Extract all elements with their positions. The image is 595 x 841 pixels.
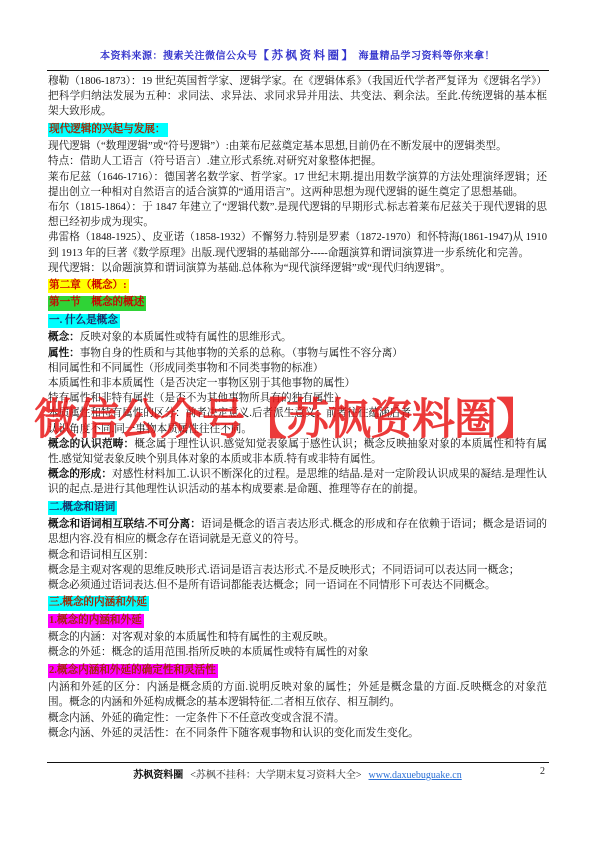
section-heading: 三.概念的内涵和外延 bbox=[48, 595, 547, 611]
document-page: 本资料来源：搜索关注微信公众号【苏枫资料圈】 海量精品学习资料等你来拿！ 穆勒（… bbox=[0, 0, 595, 841]
paragraph-text: 概念和语词相互区别： bbox=[48, 550, 154, 561]
paragraph-lead: 概念的形成： bbox=[48, 469, 112, 480]
text-paragraph: 概念的认识范畴：概念属于理性认识.感觉知觉表象属于感性认识；概念反映抽象对象的本… bbox=[48, 437, 547, 467]
paragraph-text: 认识角度不同.同一事物本质属性往往不同。 bbox=[48, 424, 252, 435]
text-paragraph: 概念内涵、外延的灵活性：在不同条件下随客观事物和认识的变化而发生变化。 bbox=[48, 726, 547, 741]
paragraph-text: 相同属性和不同属性（形成同类事物和不同类事物的标准） bbox=[48, 363, 323, 374]
section-heading: 2.概念内涵和外延的确定性和灵活性 bbox=[48, 663, 547, 679]
highlighted-heading-text: 第二章（概念）: bbox=[48, 279, 129, 294]
text-paragraph: 弗雷格（1848-1925）、皮亚诺（1858-1932）不懈努力.特别是罗素（… bbox=[48, 230, 547, 260]
text-paragraph: 相同属性和不同属性（形成同类事物和不同类事物的标准） bbox=[48, 361, 547, 376]
document-body: 穆勒（1806-1873）：19 世纪英国哲学家、逻辑学家。在《逻辑体系》（我国… bbox=[48, 74, 547, 741]
paragraph-text: 特点：借助人工语言（符号语言）.建立形式系统.对研究对象整体把握。 bbox=[48, 156, 382, 167]
paragraph-text: 弗雷格（1848-1925）、皮亚诺（1858-1932）不懈努力.特别是罗素（… bbox=[48, 232, 547, 258]
paragraph-text: 对感性材料加工.认识不断深化的过程。是思维的结晶.是对一定阶段认识成果的凝结.是… bbox=[48, 469, 547, 495]
highlighted-heading-text: 现代逻辑的兴起与发展： bbox=[48, 123, 168, 138]
text-paragraph: 特有属性和非特有属性（是否不为其他事物所具有的独有属性） bbox=[48, 391, 547, 406]
paragraph-text: 概念的外延：概念的适用范围.指所反映的本质属性或特有属性的对象 bbox=[48, 647, 368, 658]
section-heading: 1.概念的内涵和外延 bbox=[48, 613, 547, 629]
paragraph-text: 概念内涵、外延的确定性：一定条件下不任意改变或含混不清。 bbox=[48, 713, 345, 724]
header-divider bbox=[47, 70, 549, 71]
paragraph-lead: 概念的认识范畴： bbox=[48, 439, 134, 450]
paragraph-text: 事物自身的性质和与其他事物的关系的总称。（事物与属性不容分离） bbox=[80, 348, 403, 359]
text-paragraph: 现代逻辑（“数理逻辑”或“符号逻辑”）:由莱布尼兹奠定基本思想,目前仍在不断发展… bbox=[48, 139, 547, 154]
text-paragraph: 概念和语词相互区别： bbox=[48, 548, 547, 563]
paragraph-text: 现代逻辑（“数理逻辑”或“符号逻辑”）:由莱布尼兹奠定基本思想,目前仍在不断发展… bbox=[48, 141, 507, 152]
section-heading: 一. 什么是概念 bbox=[48, 313, 547, 329]
paragraph-text: 现代逻辑：以命题演算和谓词演算为基础.总体称为“现代演绎逻辑”或“现代归纳逻辑”… bbox=[48, 263, 451, 274]
highlighted-heading-text: 一. 什么是概念 bbox=[48, 314, 120, 329]
paragraph-text: 概念是主观对客观的思维反映形式.语词是语言表达形式.不是反映形式；不同语词可以表… bbox=[48, 565, 519, 576]
paragraph-lead: 概念： bbox=[48, 332, 80, 343]
text-paragraph: 内涵和外延的区分：内涵是概念质的方面.说明反映对象的属性；外延是概念量的方面.反… bbox=[48, 680, 547, 710]
section-heading: 现代逻辑的兴起与发展： bbox=[48, 122, 547, 138]
paragraph-text: 概念必须通过语词表达.但不是所有语词都能表达概念；同一语词在不同情形下可表达不同… bbox=[48, 580, 496, 591]
text-paragraph: 现代逻辑：以命题演算和谓词演算为基础.总体称为“现代演绎逻辑”或“现代归纳逻辑”… bbox=[48, 261, 547, 276]
header-brand: 【苏枫资料圈】 bbox=[258, 50, 356, 62]
paragraph-text: 概念的内涵：对客观对象的本质属性和特有属性的主观反映。 bbox=[48, 632, 334, 643]
header-suffix: 海量精品学习资料等你来拿！ bbox=[356, 51, 496, 62]
section-heading: 第一节 概念的概述 bbox=[48, 295, 547, 311]
text-paragraph: 概念内涵、外延的确定性：一定条件下不任意改变或含混不清。 bbox=[48, 711, 547, 726]
highlighted-heading-text: 1.概念的内涵和外延 bbox=[48, 614, 144, 629]
paragraph-text: 内涵和外延的区分：内涵是概念质的方面.说明反映对象的属性；外延是概念量的方面.反… bbox=[48, 682, 547, 708]
paragraph-text: 特有属性和非特有属性（是否不为其他事物所具有的独有属性） bbox=[48, 393, 345, 404]
paragraph-lead: 概念和语词相互联结.不可分离： bbox=[48, 519, 201, 530]
text-paragraph: 概念是主观对客观的思维反映形式.语词是语言表达形式.不是反映形式；不同语词可以表… bbox=[48, 563, 547, 578]
highlighted-heading-text: 第一节 概念的概述 bbox=[48, 296, 146, 311]
text-paragraph: 概念必须通过语词表达.但不是所有语词都能表达概念；同一语词在不同情形下可表达不同… bbox=[48, 578, 547, 593]
section-heading: 第二章（概念）: bbox=[48, 278, 547, 294]
text-paragraph: 属性：事物自身的性质和与其他事物的关系的总称。（事物与属性不容分离） bbox=[48, 346, 547, 361]
footer-divider bbox=[47, 762, 549, 763]
text-paragraph: 概念的内涵：对客观对象的本质属性和特有属性的主观反映。 bbox=[48, 630, 547, 645]
text-paragraph: 本质属性和非本质属性（是否决定一事物区别于其他事物的属性） bbox=[48, 376, 547, 391]
paragraph-lead: 属性： bbox=[48, 348, 80, 359]
paragraph-text: 概念内涵、外延的灵活性：在不同条件下随客观事物和认识的变化而发生变化。 bbox=[48, 728, 419, 739]
footer-brand: 苏枫资料圈 bbox=[133, 766, 183, 781]
footer-tagline: <苏枫不挂科：大学期末复习资料大全> bbox=[190, 766, 361, 781]
highlighted-heading-text: 2.概念内涵和外延的确定性和灵活性 bbox=[48, 664, 218, 679]
page-number: 2 bbox=[540, 766, 545, 777]
paragraph-text: 穆勒（1806-1873）：19 世纪英国哲学家、逻辑学家。在《逻辑体系》（我国… bbox=[48, 76, 547, 117]
paragraph-text: 布尔（1815-1864）：于 1847 年建立了“逻辑代数”.是现代逻辑的早期… bbox=[48, 202, 547, 228]
paragraph-text: 反映对象的本质属性或特有属性的思维形式。 bbox=[80, 332, 292, 343]
text-paragraph: 认识角度不同.同一事物本质属性往往不同。 bbox=[48, 422, 547, 437]
paragraph-text: 莱布尼兹（1646-1716）：德国著名数学家、哲学家。17 世纪末期.提出用数… bbox=[48, 172, 547, 198]
text-paragraph: 概念和语词相互联结.不可分离：语词是概念的语言表达形式.概念的形成和存在依赖于语… bbox=[48, 517, 547, 547]
text-paragraph: 本质属性和特有属性的区分：前者决定意义.后者派生意义；前者往往蕴涵后者 bbox=[48, 406, 547, 421]
page-header: 本资料来源：搜索关注微信公众号【苏枫资料圈】 海量精品学习资料等你来拿！ bbox=[0, 47, 595, 63]
paragraph-text: 本质属性和特有属性的区分：前者决定意义.后者派生意义；前者往往蕴涵后者 bbox=[48, 408, 411, 419]
paragraph-text: 本质属性和非本质属性（是否决定一事物区别于其他事物的属性） bbox=[48, 378, 355, 389]
header-prefix: 本资料来源：搜索关注微信公众号 bbox=[100, 51, 258, 62]
text-paragraph: 概念的形成：对感性材料加工.认识不断深化的过程。是思维的结晶.是对一定阶段认识成… bbox=[48, 467, 547, 497]
text-paragraph: 布尔（1815-1864）：于 1847 年建立了“逻辑代数”.是现代逻辑的早期… bbox=[48, 200, 547, 230]
highlighted-heading-text: 三.概念的内涵和外延 bbox=[48, 596, 149, 611]
text-paragraph: 莱布尼兹（1646-1716）：德国著名数学家、哲学家。17 世纪末期.提出用数… bbox=[48, 170, 547, 200]
text-paragraph: 概念：反映对象的本质属性或特有属性的思维形式。 bbox=[48, 330, 547, 345]
section-heading: 二.概念和语词 bbox=[48, 500, 547, 516]
text-paragraph: 穆勒（1806-1873）：19 世纪英国哲学家、逻辑学家。在《逻辑体系》（我国… bbox=[48, 74, 547, 120]
text-paragraph: 概念的外延：概念的适用范围.指所反映的本质属性或特有属性的对象 bbox=[48, 645, 547, 660]
text-paragraph: 特点：借助人工语言（符号语言）.建立形式系统.对研究对象整体把握。 bbox=[48, 154, 547, 169]
page-footer: 苏枫资料圈 <苏枫不挂科：大学期末复习资料大全> www.daxuebuguak… bbox=[48, 766, 547, 781]
footer-link[interactable]: www.daxuebuguake.cn bbox=[369, 770, 462, 781]
highlighted-heading-text: 二.概念和语词 bbox=[48, 501, 117, 516]
